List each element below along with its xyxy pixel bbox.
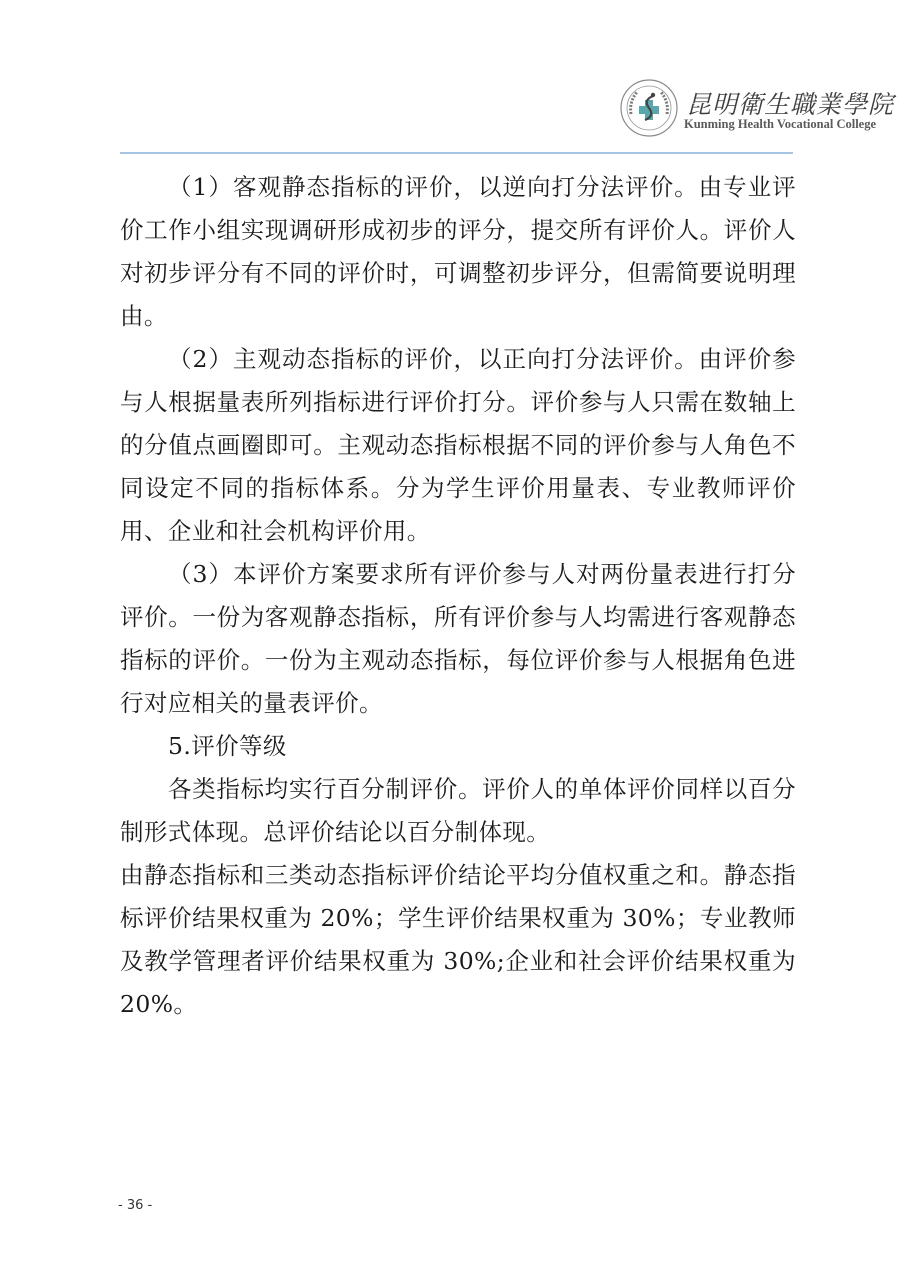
paragraph-subjective-dynamic: （2）主观动态指标的评价，以正向打分法评价。由评价参与人根据量表所列指标进行评价… — [120, 338, 796, 553]
document-body: （1）客观静态指标的评价，以逆向打分法评价。由专业评价工作小组实现调研形成初步的… — [120, 166, 796, 1026]
paragraph-weights: 由静态指标和三类动态指标评价结论平均分值权重之和。静态指标评价结果权重为 20%… — [120, 854, 796, 1026]
paragraph-two-scales: （3）本评价方案要求所有评价参与人对两份量表进行打分评价。一份为客观静态指标，所… — [120, 553, 796, 725]
header-divider — [120, 152, 793, 154]
paragraph-objective-static: （1）客观静态指标的评价，以逆向打分法评价。由专业评价工作小组实现调研形成初步的… — [120, 166, 796, 338]
college-name-cn: 昆明衛生職業學院 — [686, 85, 894, 121]
paragraph-percentage-system: 各类指标均实行百分制评价。评价人的单体评价同样以百分制形式体现。总评价结论以百分… — [120, 768, 796, 854]
page-header: 昆明衛生職業學院 Kunming Health Vocational Colle… — [0, 0, 905, 160]
page-number: - 36 - — [118, 1198, 152, 1213]
college-emblem-icon — [619, 78, 679, 138]
section-heading-evaluation-grade: 5.评价等级 — [120, 725, 796, 768]
college-name-en: Kunming Health Vocational College — [684, 117, 876, 132]
